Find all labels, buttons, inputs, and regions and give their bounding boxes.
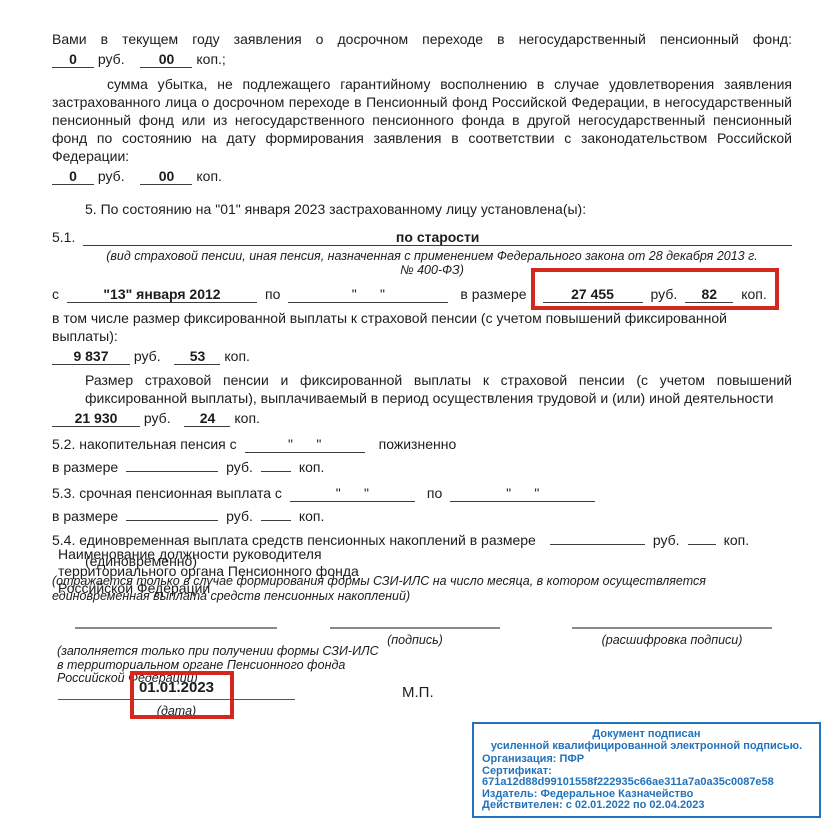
rub-label: руб. [651, 285, 678, 303]
working-kop-field: 24 [184, 410, 230, 427]
digital-signature-stamp: Документ подписан усиленной квалифициров… [472, 722, 821, 818]
kop-label: коп. [299, 458, 325, 476]
form-body: Вами в текущем году заявления о досрочно… [52, 30, 792, 604]
item-5-1-number: 5.1. [52, 228, 75, 246]
rub-label: руб. [134, 348, 161, 364]
date-field: 01.01.2023 [58, 674, 295, 700]
term-payout-end-field: " " [450, 485, 595, 502]
kop-label: коп. [741, 285, 767, 303]
amount-row-loss: 0 руб. 00 коп. [52, 167, 792, 185]
item-5-2-text: 5.2. накопительная пенсия с [52, 435, 237, 453]
signature-line-decode [572, 627, 772, 629]
szi-ils-form-page: Вами в текущем году заявления о досрочно… [0, 0, 826, 826]
signature-line-sign [330, 627, 500, 629]
stamp-validity: Действителен: с 02.01.2022 по 02.04.2023 [482, 800, 811, 812]
lifetime-label: пожизненно [379, 435, 457, 453]
amount-row-fixed: 9 837 руб. 53 коп. [52, 347, 792, 365]
fixed-payment-text: в том числе размер фиксированной выплаты… [52, 309, 792, 345]
amount-row-funded: в размере руб. коп. [52, 458, 792, 476]
term-kop-field [261, 520, 291, 521]
stamp-title-line1: Документ подписан [482, 729, 811, 741]
paragraph-loss-sum: сумма убытка, не подлежащего гарантийном… [52, 75, 792, 165]
lumpsum-kop-field [688, 544, 716, 545]
from-label: с [52, 285, 59, 303]
official-position-title: Наименование должности руководителя терр… [58, 546, 370, 597]
date-caption: (дата) [58, 702, 295, 720]
to-label: по [427, 484, 442, 502]
working-pension-text: Размер страховой пенсии и фиксированной … [85, 371, 792, 407]
kop-label: коп. [299, 507, 325, 525]
lumpsum-rub-field [550, 544, 645, 545]
signature-line-position [75, 627, 277, 629]
section-5-intro: 5. По состоянию на "01" января 2023 заст… [85, 200, 792, 218]
amount-row-term: в размере руб. коп. [52, 507, 792, 525]
stamp-title-line2: усиленной квалифицированной электронной … [482, 741, 811, 753]
funded-rub-field [126, 471, 218, 472]
stamp-certificate-value: 671a12d88d99101558f222935c66ae311a7a0a35… [482, 777, 811, 789]
kop-label: коп. [224, 348, 250, 364]
size-label: в размере [52, 458, 118, 476]
rub-label: руб. [226, 458, 253, 476]
term-payout-start-field: " " [290, 485, 415, 502]
kop-label: коп. [196, 168, 222, 184]
signature-decode-label: (расшифровка подписи) [572, 631, 772, 649]
section-5-2-row: 5.2. накопительная пенсия с " " пожизнен… [52, 435, 792, 453]
stamp-place-label: М.П. [402, 684, 434, 702]
rub-label: руб. [653, 531, 680, 549]
paragraph-early-transfer: Вами в текущем году заявления о досрочно… [52, 30, 792, 48]
working-rub-field: 21 930 [52, 410, 140, 427]
pension-rub-field: 27 455 [543, 286, 643, 303]
stamp-organization: Организация: ПФР [482, 754, 811, 766]
date-group: 01.01.2023 (дата) [58, 674, 295, 720]
rub-label: руб. [144, 410, 171, 426]
kop-label: коп. [234, 410, 260, 426]
transfer-rub-field: 0 [52, 51, 94, 68]
pension-amount-highlight-box: 27 455 руб. 82 коп. [531, 268, 779, 310]
kop-label: коп.; [196, 51, 225, 67]
fixed-rub-field: 9 837 [52, 348, 130, 365]
pension-period-row: с "13" января 2012 по " " в размере 27 4… [52, 285, 792, 303]
section-5-1-row: 5.1. по старости [52, 228, 792, 246]
pension-type-field: по старости [83, 229, 792, 246]
pension-kop-field: 82 [685, 286, 733, 303]
fixed-kop-field: 53 [174, 348, 220, 365]
pension-end-date-field: " " [288, 286, 448, 303]
term-rub-field [126, 520, 218, 521]
section-5-3-row: 5.3. срочная пенсионная выплата с " " по… [52, 484, 792, 502]
funded-kop-field [261, 471, 291, 472]
amount-row-transfer: 0 руб. 00 коп.; [52, 50, 792, 68]
rub-label: руб. [98, 168, 125, 184]
rub-label: руб. [98, 51, 125, 67]
item-5-3-text: 5.3. срочная пенсионная выплата с [52, 484, 282, 502]
size-label: в размере [460, 285, 526, 303]
loss-kop-field: 00 [140, 168, 192, 185]
transfer-kop-field: 00 [140, 51, 192, 68]
pension-start-date-field: "13" января 2012 [67, 286, 257, 303]
rub-label: руб. [226, 507, 253, 525]
to-label: по [265, 285, 280, 303]
amount-row-working: 21 930 руб. 24 коп. [52, 409, 792, 427]
funded-pension-date-field: " " [245, 436, 365, 453]
loss-rub-field: 0 [52, 168, 94, 185]
size-label: в размере [52, 507, 118, 525]
kop-label: коп. [724, 531, 750, 549]
